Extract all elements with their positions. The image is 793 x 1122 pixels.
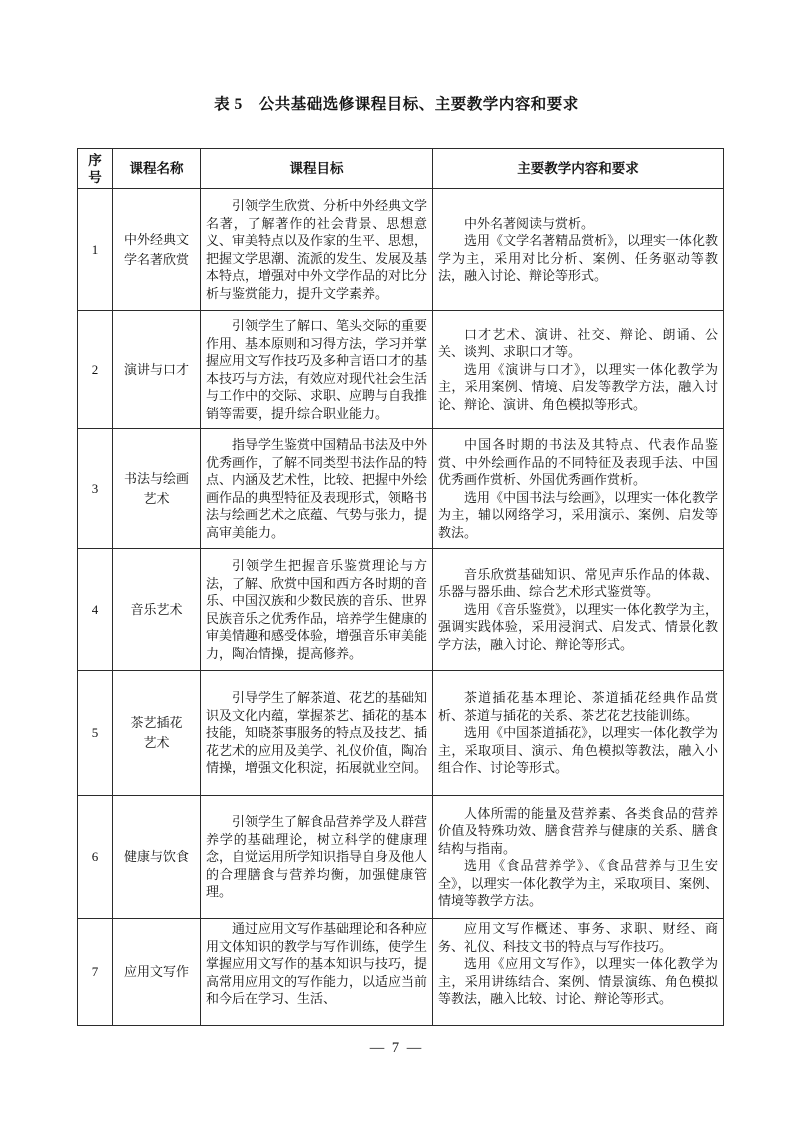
column-header-course-name: 课程名称 bbox=[113, 149, 201, 189]
teaching-content: 应用文写作概述、事务、求职、财经、商务、礼仪、科技文书的特点与写作技巧。 选用《… bbox=[433, 919, 724, 1026]
content-paragraph: 音乐欣赏基础知识、常见声乐作品的体裁、乐器与器乐曲、综合艺术形式鉴赏等。 bbox=[438, 566, 718, 601]
course-goal: 引领学生欣赏、分析中外经典文学名著，了解著作的社会背景、思想意义、审美特点以及作… bbox=[201, 189, 433, 311]
table-row: 4 音乐艺术 引领学生把握音乐鉴赏理论与方法，了解、欣赏中国和西方各时期的音乐、… bbox=[78, 549, 724, 671]
content-paragraph: 选用《中国茶道插花》，以理实一体化教学为主，采取项目、演示、角色模拟等教法，融入… bbox=[438, 724, 718, 777]
table-row: 5 茶艺插花 艺术 引导学生了解茶道、花艺的基础知识及文化内蕴，掌握茶艺、插花的… bbox=[78, 671, 724, 796]
course-name: 演讲与口才 bbox=[113, 311, 201, 429]
course-name: 书法与绘画 艺术 bbox=[113, 429, 201, 549]
row-number: 7 bbox=[78, 919, 113, 1026]
teaching-content: 音乐欣赏基础知识、常见声乐作品的体裁、乐器与器乐曲、综合艺术形式鉴赏等。 选用《… bbox=[433, 549, 724, 671]
content-paragraph: 选用《应用文写作》，以理实一体化教学为主，采用讲练结合、案例、情景演练、角色模拟… bbox=[438, 955, 718, 1008]
table-row: 7 应用文写作 通过应用文写作基础理论和各种应用文体知识的教学与写作训练，使学生… bbox=[78, 919, 724, 1026]
column-header-no: 序 号 bbox=[78, 149, 113, 189]
goal-paragraph: 引导学生了解茶道、花艺的基础知识及文化内蕴，掌握茶艺、插花的基本技能，知晓茶事服… bbox=[206, 689, 427, 777]
row-number: 3 bbox=[78, 429, 113, 549]
row-number: 4 bbox=[78, 549, 113, 671]
table-row: 2 演讲与口才 引领学生了解口、笔头交际的重要作用、基本原则和习得方法，学习并掌… bbox=[78, 311, 724, 429]
teaching-content: 口才艺术、演讲、社交、辩论、朗诵、公关、谈判、求职口才等。 选用《演讲与口才》，… bbox=[433, 311, 724, 429]
course-goal: 引领学生把握音乐鉴赏理论与方法，了解、欣赏中国和西方各时期的音乐、中国汉族和少数… bbox=[201, 549, 433, 671]
goal-paragraph: 引领学生了解食品营养学及人群营养学的基础理论，树立科学的健康理念，自觉运用所学知… bbox=[206, 813, 427, 901]
goal-paragraph: 引领学生了解口、笔头交际的重要作用、基本原则和习得方法，学习并掌握应用文写作技巧… bbox=[206, 317, 427, 422]
row-number: 1 bbox=[78, 189, 113, 311]
column-header-course-goal: 课程目标 bbox=[201, 149, 433, 189]
content-paragraph: 中国各时期的书法及其特点、代表作品鉴赏、中外绘画作品的不同特征及表现手法、中国优… bbox=[438, 436, 718, 489]
content-paragraph: 选用《食品营养学》、《食品营养与卫生安全》，以理实一体化教学为主，采取项目、案例… bbox=[438, 857, 718, 910]
content-paragraph: 人体所需的能量及营养素、各类食品的营养价值及特殊功效、膳食营养与健康的关系、膳食… bbox=[438, 805, 718, 858]
teaching-content: 中外名著阅读与赏析。 选用《文学名著精品赏析》，以理实一体化教学为主，采用对比分… bbox=[433, 189, 724, 311]
table-header-row: 序 号 课程名称 课程目标 主要教学内容和要求 bbox=[78, 149, 724, 189]
goal-paragraph: 指导学生鉴赏中国精品书法及中外优秀画作，了解不同类型书法作品的特点、内涵及艺术性… bbox=[206, 436, 427, 541]
goal-paragraph: 引领学生把握音乐鉴赏理论与方法，了解、欣赏中国和西方各时期的音乐、中国汉族和少数… bbox=[206, 557, 427, 662]
content-paragraph: 中外名著阅读与赏析。 bbox=[438, 215, 718, 233]
row-number: 5 bbox=[78, 671, 113, 796]
row-number: 2 bbox=[78, 311, 113, 429]
teaching-content: 人体所需的能量及营养素、各类食品的营养价值及特殊功效、膳食营养与健康的关系、膳食… bbox=[433, 796, 724, 919]
column-header-teaching-content: 主要教学内容和要求 bbox=[433, 149, 724, 189]
goal-paragraph: 引领学生欣赏、分析中外经典文学名著，了解著作的社会背景、思想意义、审美特点以及作… bbox=[206, 197, 427, 302]
content-paragraph: 应用文写作概述、事务、求职、财经、商务、礼仪、科技文书的特点与写作技巧。 bbox=[438, 920, 718, 955]
content-paragraph: 选用《演讲与口才》，以理实一体化教学为主，采用案例、情境、启发等教学方法，融入讨… bbox=[438, 361, 718, 414]
content-paragraph: 口才艺术、演讲、社交、辩论、朗诵、公关、谈判、求职口才等。 bbox=[438, 326, 718, 361]
course-goal: 指导学生鉴赏中国精品书法及中外优秀画作，了解不同类型书法作品的特点、内涵及艺术性… bbox=[201, 429, 433, 549]
table-row: 3 书法与绘画 艺术 指导学生鉴赏中国精品书法及中外优秀画作，了解不同类型书法作… bbox=[78, 429, 724, 549]
page-title: 表 5 公共基础选修课程目标、主要教学内容和要求 bbox=[0, 92, 793, 114]
course-name: 应用文写作 bbox=[113, 919, 201, 1026]
course-name: 茶艺插花 艺术 bbox=[113, 671, 201, 796]
course-name: 音乐艺术 bbox=[113, 549, 201, 671]
course-goal: 引导学生了解茶道、花艺的基础知识及文化内蕴，掌握茶艺、插花的基本技能，知晓茶事服… bbox=[201, 671, 433, 796]
content-paragraph: 选用《文学名著精品赏析》，以理实一体化教学为主，采用对比分析、案例、任务驱动等教… bbox=[438, 232, 718, 285]
row-number: 6 bbox=[78, 796, 113, 919]
content-paragraph: 选用《中国书法与绘画》，以理实一体化教学为主，辅以网络学习，采用演示、案例、启发… bbox=[438, 489, 718, 542]
course-goal: 引领学生了解口、笔头交际的重要作用、基本原则和习得方法，学习并掌握应用文写作技巧… bbox=[201, 311, 433, 429]
content-paragraph: 茶道插花基本理论、茶道插花经典作品赏析、茶道与插花的关系、茶艺花艺技能训练。 bbox=[438, 689, 718, 724]
course-goal: 通过应用文写作基础理论和各种应用文体知识的教学与写作训练，使学生掌握应用文写作的… bbox=[201, 919, 433, 1026]
page-number: — 7 — bbox=[0, 1040, 793, 1057]
teaching-content: 茶道插花基本理论、茶道插花经典作品赏析、茶道与插花的关系、茶艺花艺技能训练。 选… bbox=[433, 671, 724, 796]
course-name: 健康与饮食 bbox=[113, 796, 201, 919]
table-row: 1 中外经典文 学名著欣赏 引领学生欣赏、分析中外经典文学名著，了解著作的社会背… bbox=[78, 189, 724, 311]
course-table: 序 号 课程名称 课程目标 主要教学内容和要求 1 中外经典文 学名著欣赏 引领… bbox=[77, 148, 724, 1026]
table-row: 6 健康与饮食 引领学生了解食品营养学及人群营养学的基础理论，树立科学的健康理念… bbox=[78, 796, 724, 919]
course-name: 中外经典文 学名著欣赏 bbox=[113, 189, 201, 311]
goal-paragraph: 通过应用文写作基础理论和各种应用文体知识的教学与写作训练，使学生掌握应用文写作的… bbox=[206, 920, 427, 1008]
teaching-content: 中国各时期的书法及其特点、代表作品鉴赏、中外绘画作品的不同特征及表现手法、中国优… bbox=[433, 429, 724, 549]
content-paragraph: 选用《音乐鉴赏》，以理实一体化教学为主，强调实践体验，采用浸润式、启发式、情景化… bbox=[438, 601, 718, 654]
course-goal: 引领学生了解食品营养学及人群营养学的基础理论，树立科学的健康理念，自觉运用所学知… bbox=[201, 796, 433, 919]
